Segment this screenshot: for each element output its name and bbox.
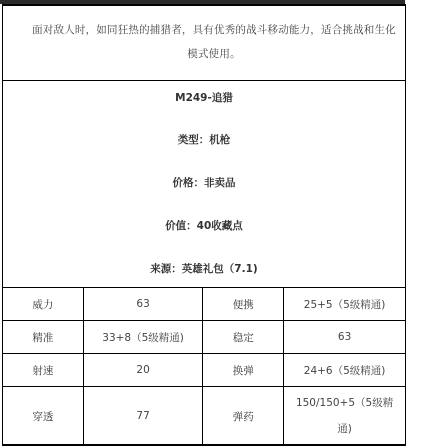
stat-value-penetration: 77 <box>83 387 203 446</box>
table-row: 穿透 77 弹药 150/150+5（5级精通) <box>3 387 406 446</box>
stat-label-power: 威力 <box>3 288 84 321</box>
weapon-info-card: 面对敌人时，如同狂热的捕猎者，具有优秀的战斗移动能力，适合挑战和生化模式使用。 … <box>2 4 406 445</box>
weapon-name: M249-追猎 <box>3 90 405 105</box>
stat-value-mobility: 25+5（5级精通) <box>284 288 406 321</box>
stat-value-ammo: 150/150+5（5级精通) <box>284 387 406 446</box>
stat-value-accuracy: 33+8（5级精通) <box>83 321 203 354</box>
stat-label-accuracy: 精准 <box>3 321 84 354</box>
stat-label-penetration: 穿透 <box>3 387 84 446</box>
stat-value-power: 63 <box>83 288 203 321</box>
table-row: 精准 33+8（5级精通) 稳定 63 <box>3 321 406 354</box>
weapon-description: 面对敌人时，如同狂热的捕猎者，具有优秀的战斗移动能力，适合挑战和生化模式使用。 <box>3 6 405 81</box>
stat-label-mobility: 便携 <box>203 288 284 321</box>
weapon-source: 来源：英雄礼包（7.1) <box>3 261 405 276</box>
weapon-price: 价格：非卖品 <box>3 175 405 190</box>
weapon-stats-table: 威力 63 便携 25+5（5级精通) 精准 33+8（5级精通) 稳定 63 … <box>2 287 406 446</box>
table-row: 威力 63 便携 25+5（5级精通) <box>3 288 406 321</box>
stat-value-fire-rate: 20 <box>83 354 203 387</box>
weapon-info-section: M249-追猎 类型：机枪 价格：非卖品 价值：40收藏点 来源：英雄礼包（7.… <box>3 82 405 288</box>
stat-value-reload: 24+6（5级精通) <box>284 354 406 387</box>
stat-value-stability: 63 <box>284 321 406 354</box>
stat-label-fire-rate: 射速 <box>3 354 84 387</box>
weapon-value: 价值：40收藏点 <box>3 218 405 233</box>
table-row: 射速 20 换弹 24+6（5级精通) <box>3 354 406 387</box>
stat-label-stability: 稳定 <box>203 321 284 354</box>
stat-label-ammo: 弹药 <box>203 387 284 446</box>
stat-label-reload: 换弹 <box>203 354 284 387</box>
weapon-type: 类型：机枪 <box>3 132 405 147</box>
